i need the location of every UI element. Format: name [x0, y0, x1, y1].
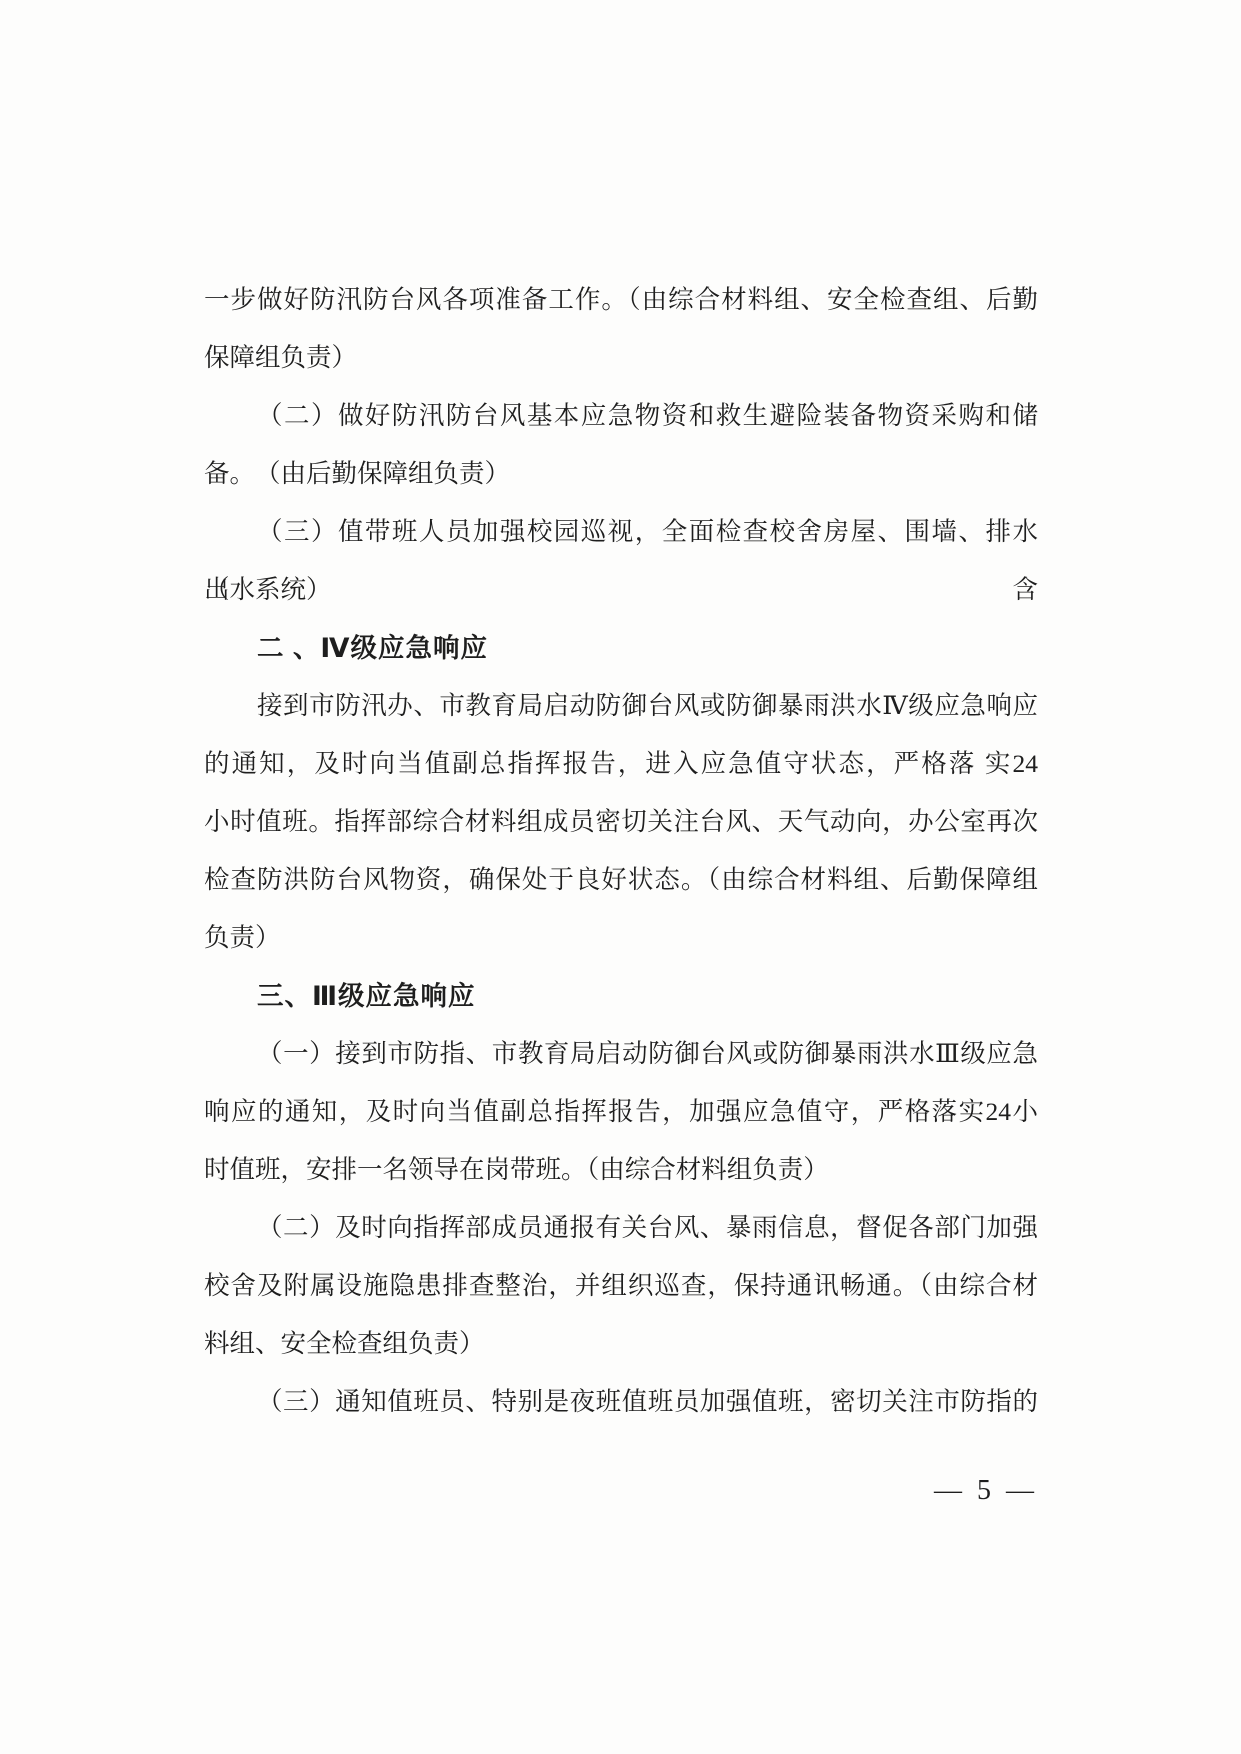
document-line: 接到市防汛办、市教育局启动防御台风或防御暴雨洪水Ⅳ级应急响应	[204, 677, 1038, 735]
document-line: （三）通知值班员、特别是夜班值班员加强值班，密切关注市防指的	[204, 1373, 1038, 1431]
document-line: 备。 （由后勤保障组负责）	[204, 445, 1038, 503]
document-line: 时值班，安排一名领导在岗带班。（由综合材料组负责）	[204, 1141, 1038, 1199]
document-line: 的通知，及时向当值副总指挥报告，进入应急值守状态，严格落 实24	[204, 735, 1038, 793]
section-heading: 三、Ⅲ级应急响应	[204, 967, 1038, 1025]
document-line: 响应的通知，及时向当值副总指挥报告，加强应急值守，严格落实24小	[204, 1083, 1038, 1141]
document-line: 检查防洪防台风物资，确保处于良好状态。（由综合材料组、后勤保障组	[204, 851, 1038, 909]
document-line: 校舍及附属设施隐患排查整治，并组织巡查，保持通讯畅通。（由综合材	[204, 1257, 1038, 1315]
document-line: 负责）	[204, 909, 1038, 967]
document-body: 一步做好防汛防台风各项准备工作。（由综合材料组、安全检查组、后勤保障组负责）（二…	[204, 271, 1038, 1431]
document-line: （三）值带班人员加强校园巡视，全面检查校舍房屋、围墙、排水（含	[204, 503, 1038, 561]
document-line: 保障组负责）	[204, 329, 1038, 387]
document-line: 小时值班。指挥部综合材料组成员密切关注台风、天气动向，办公室再次	[204, 793, 1038, 851]
document-line: （二）做好防汛防台风基本应急物资和救生避险装备物资采购和储	[204, 387, 1038, 445]
document-line: （一）接到市防指、市教育局启动防御台风或防御暴雨洪水Ⅲ级应急	[204, 1025, 1038, 1083]
document-page: 一步做好防汛防台风各项准备工作。（由综合材料组、安全检查组、后勤保障组负责）（二…	[0, 0, 1241, 1754]
document-line: （二）及时向指挥部成员通报有关台风、暴雨信息，督促各部门加强	[204, 1199, 1038, 1257]
document-line: 一步做好防汛防台风各项准备工作。（由综合材料组、安全检查组、后勤	[204, 271, 1038, 329]
page-number: — 5 —	[638, 1462, 1038, 1520]
section-heading: 二 、Ⅳ级应急响应	[204, 619, 1038, 677]
document-line: 料组、安全检查组负责）	[204, 1315, 1038, 1373]
